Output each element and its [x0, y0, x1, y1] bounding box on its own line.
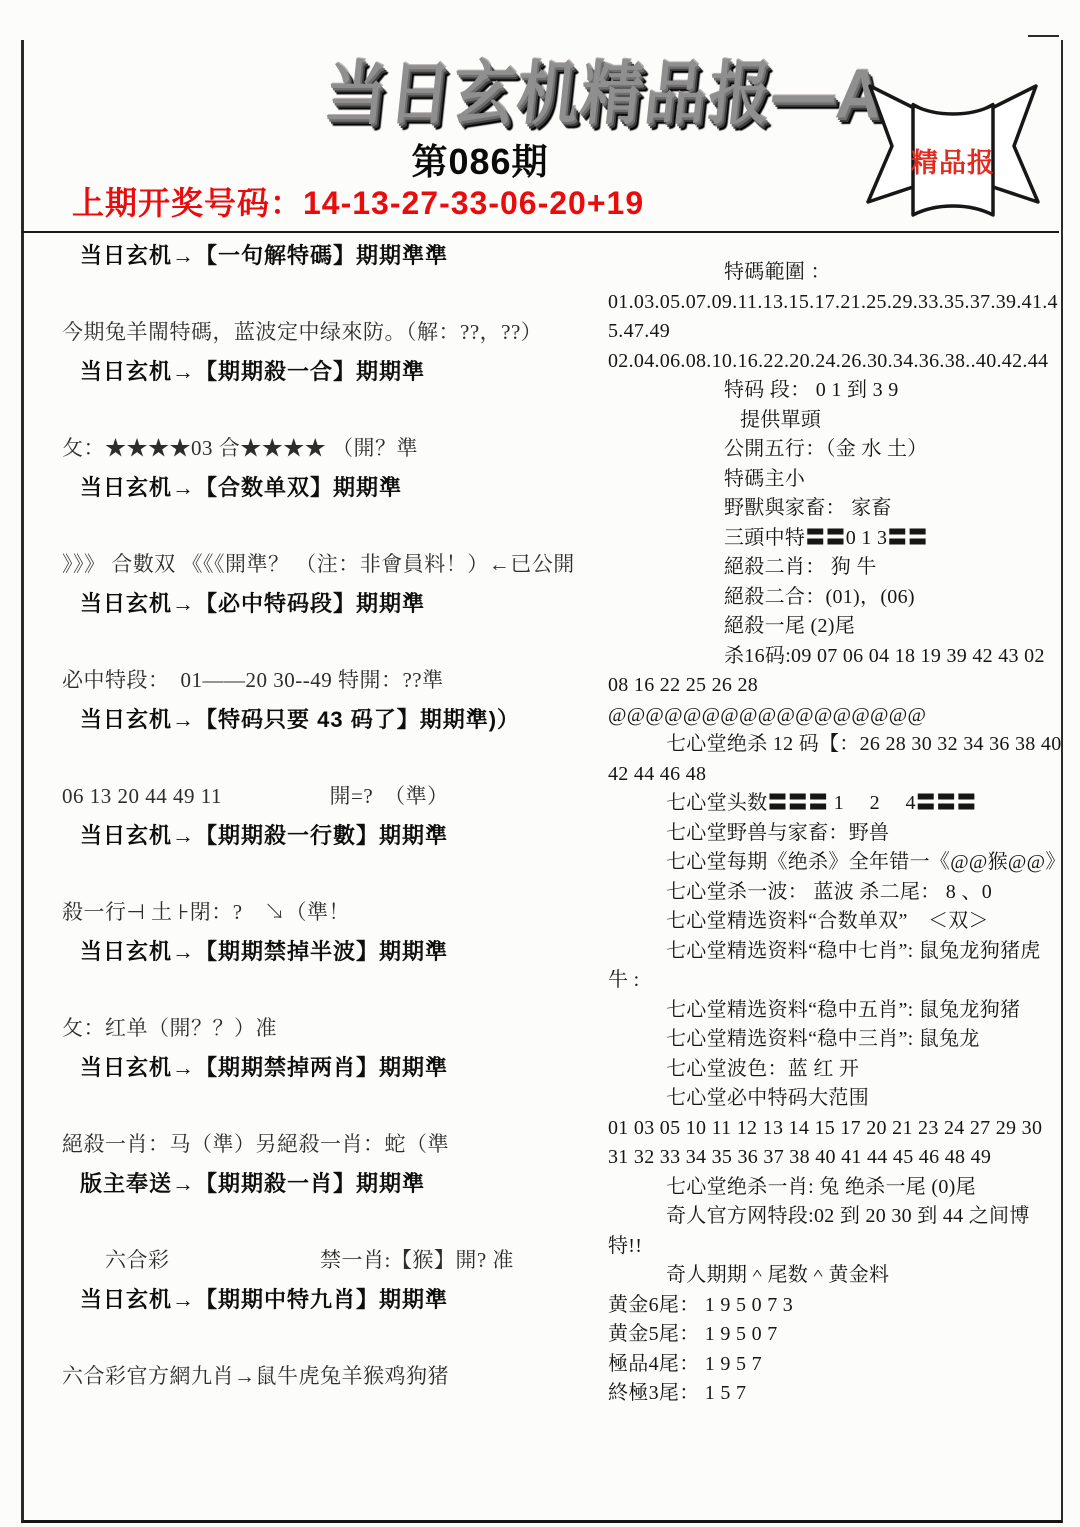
tip-section: 攵：红单（開？？）准 当日玄机→【期期禁掉两肖】期期準 [62, 1008, 607, 1088]
tip-title-line: 当日玄机→【必中特码段】期期準 [62, 584, 607, 624]
tip-section: 六合彩 禁一肖:【猴】開? 准 当日玄机→【期期中特九肖】期期準 [62, 1240, 607, 1320]
info-line: 七心堂精选资料“稳中三肖”: 鼠兔龙 [608, 1025, 1060, 1055]
info-line: 七心堂杀一波： 蓝波 杀二尾： 8 、0 [608, 878, 1060, 908]
tip-title-line: 版主奉送→【期期殺一肖】期期準 [62, 1164, 607, 1204]
info-line: 終極3尾： 1 5 7 [608, 1379, 1060, 1409]
tip-title-line: 当日玄机→【期期中特九肖】期期準 [62, 1280, 607, 1320]
info-line: 七心堂野兽与家畜：野兽 [608, 819, 1060, 849]
badge-label: 精品报 [911, 147, 995, 178]
info-line: 牛 : [608, 966, 1060, 996]
info-line: 七心堂每期《绝杀》全年错一《@@猴@@》 [608, 848, 1060, 878]
tip-title-line: 当日玄机→【一句解特碼】期期準準 [62, 236, 607, 276]
info-line: 公開五行：（金 水 土） [608, 435, 1060, 465]
lottery-tip-sheet-page: 当日玄机精品报—A 第086期 上期开奖号码：14-13-27-33-06-20… [0, 0, 1080, 1527]
tip-title-line: 当日玄机→【期期殺一合】期期準 [62, 352, 607, 392]
info-line: 31 32 33 34 35 36 37 38 40 41 44 45 46 4… [608, 1143, 1060, 1173]
info-line: 08 16 22 25 26 28 [608, 671, 1060, 701]
info-line: 三頭中特〓〓0 1 3〓〓 [608, 524, 1060, 554]
info-line: 奇人官方网特段:02 到 20 30 到 44 之间博 [608, 1202, 1060, 1232]
info-line: 絕殺二合：(01)，(06) [608, 583, 1060, 613]
tip-section: 当日玄机→【一句解特碼】期期準準 [62, 236, 607, 276]
tip-section: 攵：★★★★03 合★★★★ （開？準 当日玄机→【合数单双】期期準 [62, 428, 607, 508]
tip-hint-line: 》》》 合數双 《《《開準？ （注：非會員料！）←已公開 [62, 544, 607, 584]
tip-title-line: 当日玄机→【特码只要 43 码了】期期準)） [62, 700, 607, 740]
tip-section: 殺一行⊣ 土 ⊦閉：? ↘（準！ 当日玄机→【期期禁掉半波】期期準 [62, 892, 607, 972]
tip-title-line: 当日玄机→【合数单双】期期準 [62, 468, 607, 508]
tip-hint-line: 必中特段： 01——20 30--49 特開：??準 [62, 660, 607, 700]
tip-hint-line: 絕殺一肖：马（準）另絕殺一肖：蛇（準 [62, 1124, 607, 1164]
info-column: 特碼範圍 ： 01.03.05.07.09.11.13.15.17.21.25.… [608, 258, 1060, 1409]
info-line: 極品4尾： 1 9 5 7 [608, 1350, 1060, 1380]
tip-hint-line: 今期兔羊閙特碼，蓝波定中绿來防。（解：??，??） [62, 312, 607, 352]
info-line: 提供單頭 [608, 406, 1060, 436]
tip-hint-line: 殺一行⊣ 土 ⊦閉：? ↘（準！ [62, 892, 607, 932]
info-line: 七心堂头数〓〓〓 1 2 4〓〓〓 [608, 789, 1060, 819]
info-line: 七心堂波色：蓝 红 开 [608, 1055, 1060, 1085]
tip-title-line: 当日玄机→【期期禁掉半波】期期準 [62, 932, 607, 972]
info-line: 01 03 05 10 11 12 13 14 15 17 20 21 23 2… [608, 1114, 1060, 1144]
tip-section: 六合彩官方網九肖→鼠牛虎兔羊猴鸡狗猪 [62, 1356, 607, 1396]
tip-hint-line: 攵：★★★★03 合★★★★ （開？準 [62, 428, 607, 468]
top-right-border-segment [1028, 35, 1059, 37]
tip-section: 必中特段： 01——20 30--49 特開：??準 当日玄机→【特码只要 43… [62, 660, 607, 740]
info-line: 01.03.05.07.09.11.13.15.17.21.25.29.33.3… [608, 288, 1060, 318]
info-line: 黄金5尾： 1 9 5 0 7 [608, 1320, 1060, 1350]
info-line: 奇人期期＾尾数＾黄金料 [608, 1261, 1060, 1291]
header-separator-line [21, 231, 1059, 233]
info-line: 杀16码:09 07 06 04 18 19 39 42 43 02 [608, 642, 1060, 672]
info-line: @@@@@@@@@@@@@@@@@ [608, 701, 1060, 731]
tip-hint-line: 六合彩官方網九肖→鼠牛虎兔羊猴鸡狗猪 [62, 1356, 607, 1396]
last-draw-numbers: 上期开奖号码：14-13-27-33-06-20+19 [72, 178, 644, 224]
tip-title-line: 当日玄机→【期期殺一行數】期期準 [62, 816, 607, 856]
info-line: 特码 段： 0 1 到 3 9 [608, 376, 1060, 406]
info-line: 絕殺二肖： 狗 牛 [608, 553, 1060, 583]
info-line: 七心堂精选资料“合数单双” ＜双＞ [608, 907, 1060, 937]
info-line: 42 44 46 48 [608, 760, 1060, 790]
info-line: 野獸與家畜： 家畜 [608, 494, 1060, 524]
info-line: 七心堂精选资料“稳中五肖”: 鼠兔龙狗猪 [608, 996, 1060, 1026]
tip-title-line: 当日玄机→【期期禁掉两肖】期期準 [62, 1048, 607, 1088]
tips-column: 当日玄机→【一句解特碼】期期準準 今期兔羊閙特碼，蓝波定中绿來防。（解：??，?… [62, 236, 607, 1432]
info-line: 絕殺一尾 (2)尾 [608, 612, 1060, 642]
info-line: 七心堂绝杀 12 码【：26 28 30 32 34 36 38 40 [608, 730, 1060, 760]
tip-section: 》》》 合數双 《《《開準？ （注：非會員料！）←已公開 当日玄机→【必中特码段… [62, 544, 607, 624]
info-line: 特碼範圍 ： [608, 258, 1060, 288]
page-title: 当日玄机精品报—A [310, 38, 900, 138]
info-line: 特碼主小 [608, 465, 1060, 495]
info-line: 特!! [608, 1232, 1060, 1262]
info-line: 七心堂精选资料“稳中七肖”: 鼠兔龙狗猪虎 [608, 937, 1060, 967]
info-line: 5.47.49 [608, 317, 1060, 347]
tip-hint-line: 06 13 20 44 49 11 開=? （準） [62, 776, 607, 816]
info-line: 黄金6尾： 1 9 5 0 7 3 [608, 1291, 1060, 1321]
tip-section: 絕殺一肖：马（準）另絕殺一肖：蛇（準 版主奉送→【期期殺一肖】期期準 [62, 1124, 607, 1204]
info-line: 七心堂绝杀一肖: 兔 绝杀一尾 (0)尾 [608, 1173, 1060, 1203]
tip-hint-line: 攵：红单（開？？）准 [62, 1008, 607, 1048]
info-line: 七心堂必中特码大范围 [608, 1084, 1060, 1114]
tip-section: 今期兔羊閙特碼，蓝波定中绿來防。（解：??，??） 当日玄机→【期期殺一合】期期… [62, 312, 607, 392]
tip-hint-line: 六合彩 禁一肖:【猴】開? 准 [62, 1240, 607, 1280]
info-line: 02.04.06.08.10.16.22.20.24.26.30.34.36.3… [608, 347, 1060, 377]
tip-section: 06 13 20 44 49 11 開=? （準） 当日玄机→【期期殺一行數】期… [62, 776, 607, 856]
ribbon-badge-icon: 精品报 [858, 72, 1048, 230]
